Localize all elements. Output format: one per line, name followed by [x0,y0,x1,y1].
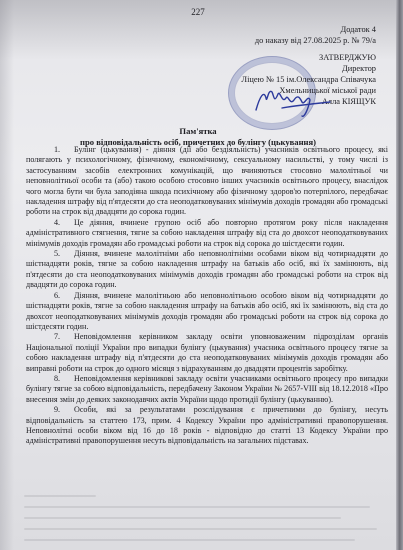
paragraph-7: 7.Неповідомлення керівником закладу осві… [26,332,388,374]
paragraph-text: Це діяння, вчинене групою осіб або повто… [26,218,388,248]
paragraph-text: Особи, які за результатами розслідування… [26,405,388,445]
annex-line-1: Додаток 4 [255,24,376,35]
title-line-1: Пам'ятка [0,126,396,137]
paragraph-4: 4.Це діяння, вчинене групою осіб або пов… [26,218,388,249]
page-number: 227 [0,7,396,17]
paragraph-number: 6. [54,291,74,301]
approve-label: ЗАТВЕРДЖУЮ [241,52,376,63]
paragraph-text: Булінг (цькування) - діяння (дії або без… [26,145,388,216]
paragraph-text: Діяння, вчинене малолітніми або неповнол… [26,249,388,289]
paragraph-text: Неповідомлення керівником закладу освіти… [26,332,388,372]
document-page: 227 Додаток 4 до наказу від 27.08.2025 р… [0,0,396,550]
paragraph-6: 6.Діяння, вчинене малолітньою або неповн… [26,291,388,333]
paragraph-number: 8. [54,374,74,384]
paragraph-number: 1. [54,145,74,155]
paragraph-number: 9. [54,405,74,415]
paragraph-number: 4. [54,218,74,228]
page-edge-shadow [396,0,403,550]
bleed-through-text [24,495,384,550]
paragraph-8: 8.Неповідомлення керівникові закладу осв… [26,374,388,405]
paragraph-text: Діяння, вчинене малолітньою або неповнол… [26,291,388,331]
paragraph-text: Неповідомлення керівникові закладу освіт… [26,374,388,404]
paragraph-5: 5.Діяння, вчинене малолітніми або неповн… [26,249,388,291]
document-body: 1.Булінг (цькування) - діяння (дії або б… [26,145,388,447]
signature-icon [252,76,332,120]
approver-position: Директор [241,63,376,74]
annex-line-2: до наказу від 27.08.2025 р. № 79/а [255,35,376,46]
paragraph-number: 5. [54,249,74,259]
annex-header: Додаток 4 до наказу від 27.08.2025 р. № … [255,24,376,46]
paragraph-number: 7. [54,332,74,342]
document-title: Пам'ятка про відповідальність осіб, прич… [0,126,396,147]
paragraph-1: 1.Булінг (цькування) - діяння (дії або б… [26,145,388,218]
paragraph-9: 9.Особи, які за результатами розслідуван… [26,405,388,447]
